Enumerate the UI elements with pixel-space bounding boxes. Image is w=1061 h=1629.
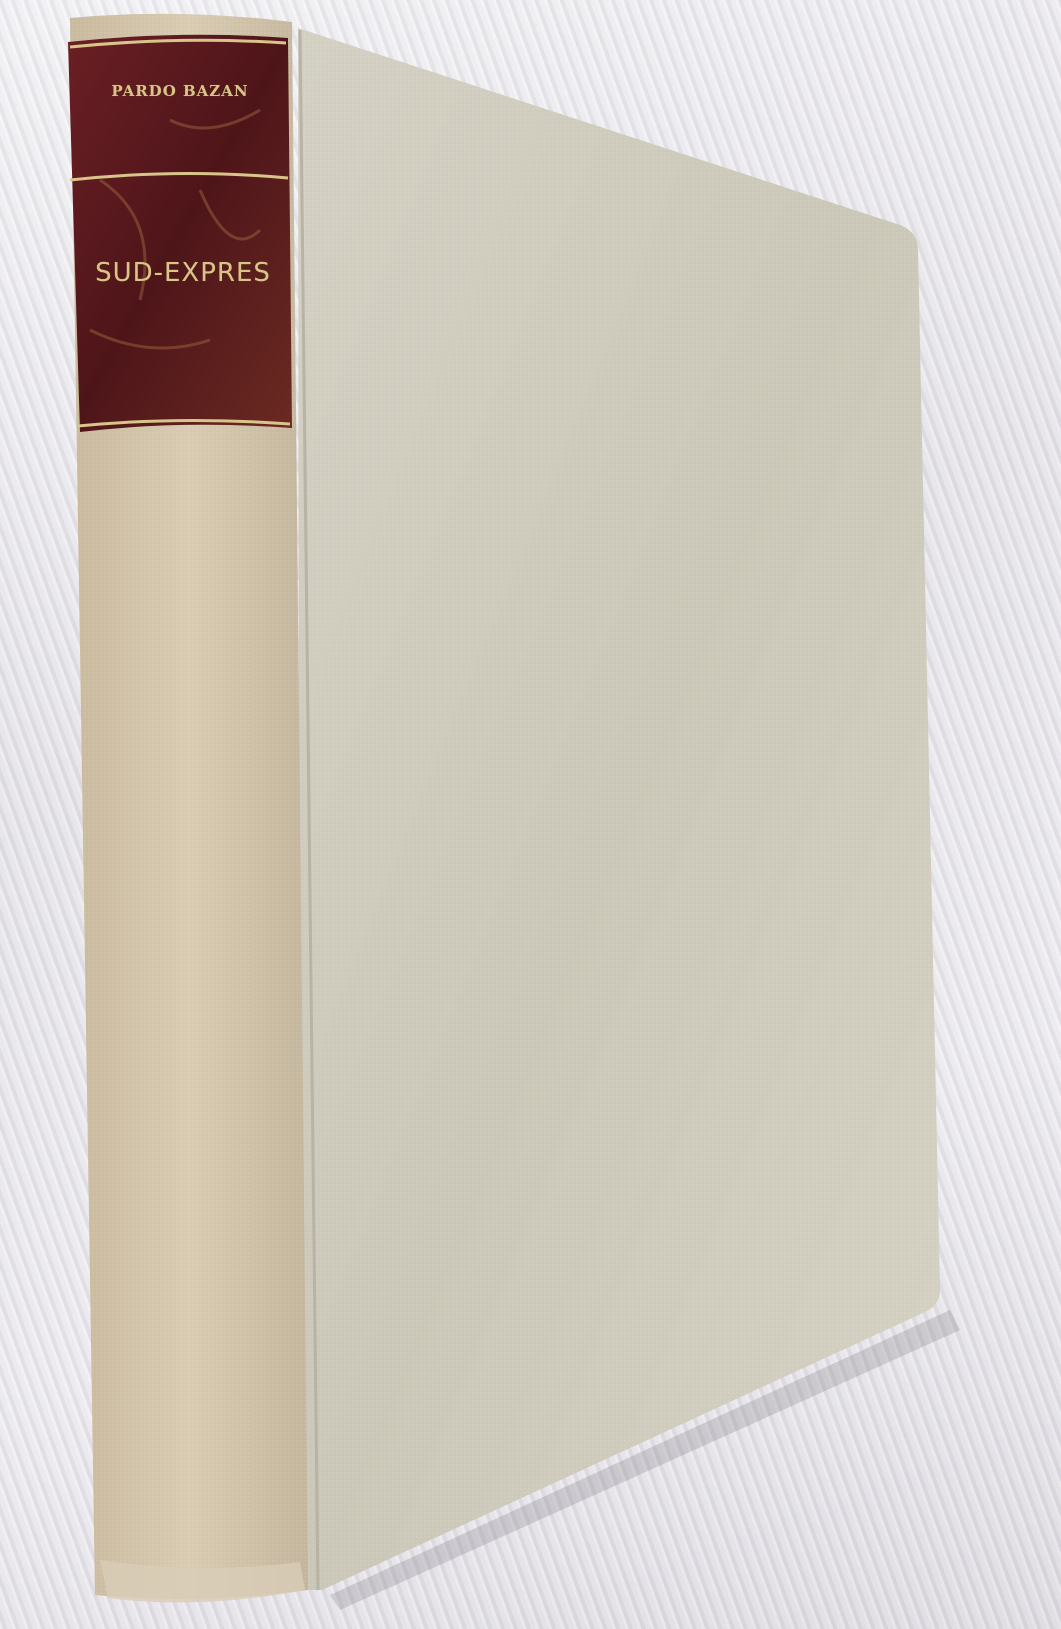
book (0, 0, 1061, 1629)
spine-author: PARDO BAZAN (90, 82, 270, 100)
spine-title: SUD-EXPRES (78, 258, 288, 288)
